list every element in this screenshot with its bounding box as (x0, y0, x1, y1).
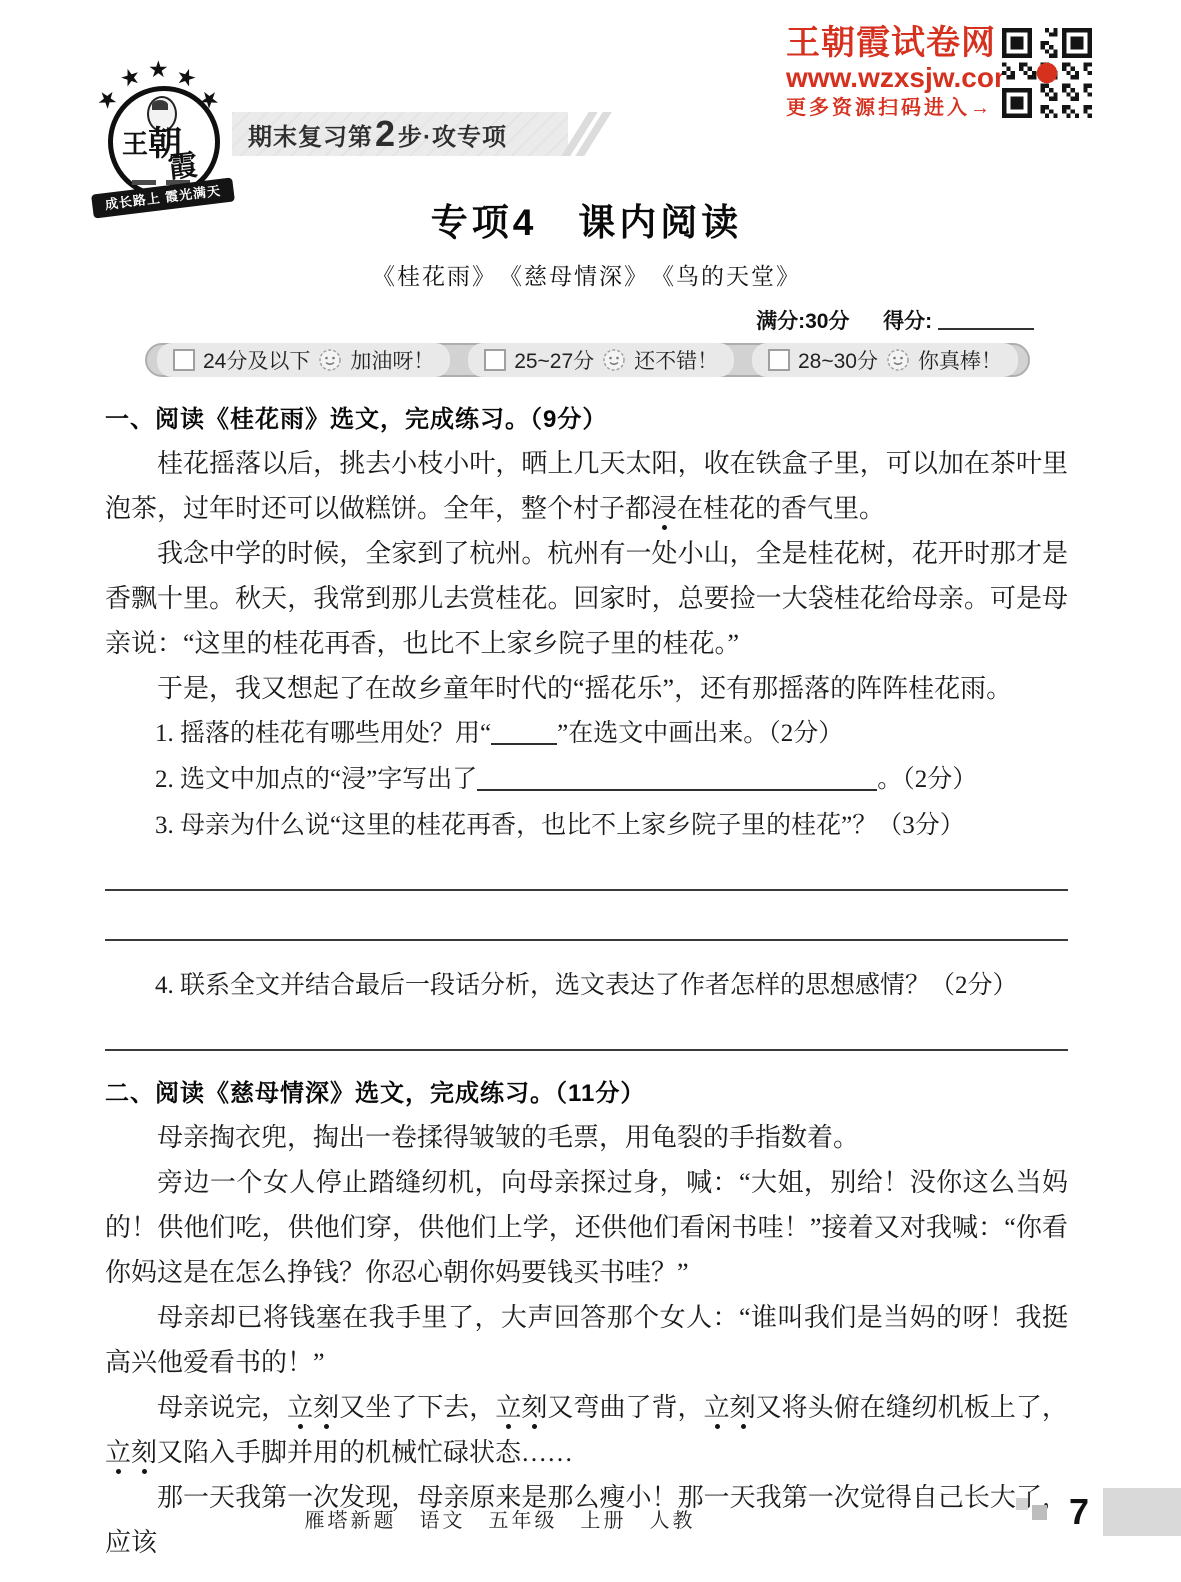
passage-paragraph: 母亲说完，立刻又坐了下去，立刻又弯曲了背，立刻又将头俯在缝纫机板上了，立刻又陷入… (105, 1385, 1068, 1475)
answer-line[interactable] (105, 1049, 1068, 1051)
decorative-square (1016, 1498, 1028, 1510)
answer-blank[interactable] (491, 718, 557, 745)
score-option: 25~27分还不错！ (468, 343, 734, 377)
question: 1. 摇落的桂花有哪些用处？用“”在选文中画出来。（2分） (105, 711, 1068, 757)
reading-section: 一、阅读《桂花雨》选文，完成练习。（9分）桂花摇落以后，挑去小枝小叶，晒上几天太… (105, 403, 1068, 1051)
reading-section: 二、阅读《慈母情深》选文，完成练习。（11分）母亲掏衣兜，掏出一卷揉得皱皱的毛票… (105, 1077, 1068, 1565)
score-option: 28~30分你真棒！ (752, 343, 1018, 377)
site-banner: 王朝霞试卷网 www.wzxsjw.com 更多资源扫码进入→ (786, 24, 996, 122)
page-number-area: 7 (1016, 1488, 1181, 1536)
score-line: 满分:30分 得分: (105, 305, 1034, 335)
band-text-pre: 期末复习第 (248, 117, 373, 152)
site-name: 王朝霞试卷网 (786, 24, 996, 62)
smiley-icon (318, 348, 342, 372)
question: 3. 母亲为什么说“这里的桂花再香，也比不上家乡院子里的桂花”？（3分） (105, 803, 1068, 849)
page-title: 专项4 课内阅读 (105, 192, 1068, 246)
page-number: 7 (1055, 1491, 1103, 1533)
score-praise-label: 还不错！ (634, 345, 718, 375)
header-band: 期末复习第 2 步·攻专项 (232, 112, 568, 156)
section-heading: 一、阅读《桂花雨》选文，完成练习。（9分） (105, 403, 1068, 437)
passage-paragraph: 母亲却已将钱塞在我手里了，大声回答那个女人：“谁叫我们是当妈的呀！我挺高兴他爱看… (105, 1295, 1068, 1385)
sections: 一、阅读《桂花雨》选文，完成练习。（9分）桂花摇落以后，挑去小枝小叶，晒上几天太… (105, 403, 1068, 1565)
site-tagline: 更多资源扫码进入→ (786, 94, 996, 122)
passage-paragraph: 于是，我又想起了在故乡童年时代的“摇花乐”，还有那摇落的阵阵桂花雨。 (105, 666, 1068, 711)
main-content: 专项4 课内阅读 《桂花雨》 《慈母情深》 《鸟的天堂》 满分:30分 得分: … (105, 192, 1068, 1565)
smiley-icon (602, 348, 626, 372)
band-text-post: 步·攻专项 (398, 117, 507, 152)
logo-badge: ★ ★ ★ ★ ★ 王 朝 霞 成长路上 霞光满天 (100, 58, 240, 208)
score-option: 24分及以下加油呀！ (157, 343, 450, 377)
site-url: www.wzxsjw.com (786, 62, 996, 94)
score-checkbox[interactable] (768, 349, 790, 371)
qr-code-icon (1002, 28, 1092, 118)
passage-paragraph: 旁边一个女人停止踏缝纫机，向母亲探过身，喊：“大姐，别给！没你这么当妈的！供他们… (105, 1160, 1068, 1295)
decorative-square (1032, 1505, 1047, 1520)
footer-book-label: 雁塔新题 语文 五年级 上册 人教 (0, 1504, 1000, 1533)
logo-small-text-bar (132, 180, 156, 185)
answer-line[interactable] (105, 939, 1068, 941)
question: 4. 联系全文并结合最后一段话分析，选文表达了作者怎样的思想感情？（2分） (105, 963, 1068, 1009)
band-step-number: 2 (375, 113, 396, 155)
score-range-label: 25~27分 (514, 345, 594, 375)
score-praise-label: 你真棒！ (918, 345, 1002, 375)
score-checkbox[interactable] (484, 349, 506, 371)
score-blank[interactable] (938, 310, 1034, 330)
score-range-label: 24分及以下 (203, 345, 310, 375)
section-heading: 二、阅读《慈母情深》选文，完成练习。（11分） (105, 1077, 1068, 1111)
score-checkbox[interactable] (173, 349, 195, 371)
star-icon: ★ (117, 63, 144, 91)
got-score-label: 得分: (883, 310, 932, 333)
score-range-label: 28~30分 (798, 345, 878, 375)
logo-char: 王 (122, 124, 148, 161)
score-praise-label: 加油呀！ (350, 345, 434, 375)
passage-paragraph: 我念中学的时候，全家到了杭州。杭州有一处小山，全是桂花树，花开时那才是香飘十里。… (105, 531, 1068, 666)
answer-line[interactable] (105, 889, 1068, 891)
full-score-label: 满分:30分 (756, 310, 849, 333)
passage-paragraph: 母亲掏衣兜，掏出一卷揉得皱皱的毛票，用龟裂的手指数着。 (105, 1115, 1068, 1160)
subtitle: 《桂花雨》 《慈母情深》 《鸟的天堂》 (105, 258, 1068, 291)
star-icon: ★ (148, 58, 169, 81)
smiley-icon (886, 348, 910, 372)
passage-paragraph: 桂花摇落以后，挑去小枝小叶，晒上几天太阳，收在铁盒子里，可以加在茶叶里泡茶，过年… (105, 441, 1068, 531)
score-bar: 24分及以下加油呀！25~27分还不错！28~30分你真棒！ (145, 343, 1030, 377)
answer-blank[interactable] (477, 764, 877, 791)
question: 2. 选文中加点的“浸”字写出了。（2分） (105, 757, 1068, 803)
decorative-block (1103, 1488, 1181, 1536)
